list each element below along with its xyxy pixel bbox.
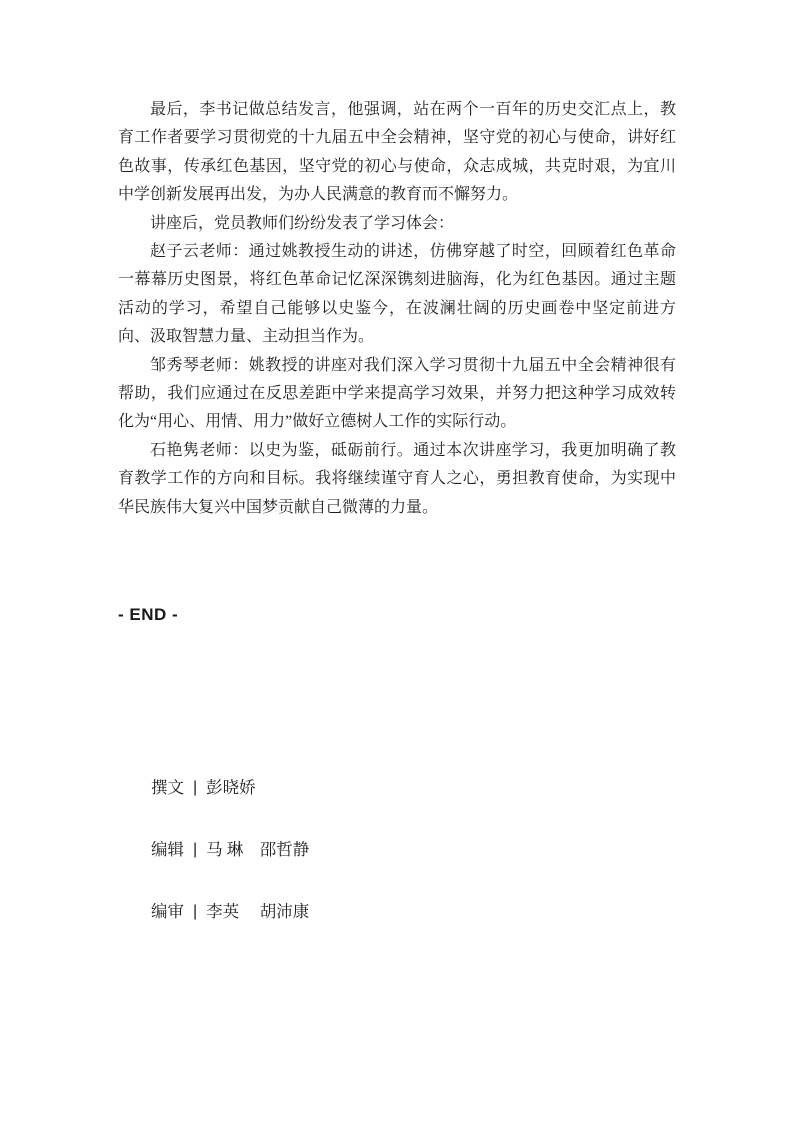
paragraph-summary-speech: 最后，李书记做总结发言，他强调，站在两个一百年的历史交汇点上，教育工作者要学习贯… (118, 96, 676, 210)
credit-separator: | (193, 778, 197, 798)
credit-names: 李英 胡沛康 (206, 902, 309, 921)
article-body: 最后，李书记做总结发言，他强调，站在两个一百年的历史交汇点上，教育工作者要学习贯… (118, 96, 676, 902)
credit-row-writer: 撰文|彭晓娇 (118, 758, 676, 778)
credit-names: 彭晓娇 (206, 778, 256, 797)
paragraph-teacher-shi: 石艳隽老师：以史为鉴，砥砺前行。通过本次讲座学习，我更加明确了教育教学工作的方向… (118, 437, 676, 522)
document-page: 最后，李书记做总结发言，他强调，站在两个一百年的历史交汇点上，教育工作者要学习贯… (0, 0, 793, 1122)
paragraph-teacher-zou: 邹秀琴老师：姚教授的讲座对我们深入学习贯彻十九届五中全会精神很有帮助，我们应通过… (118, 352, 676, 437)
credits-block: 撰文|彭晓娇 编辑|马 琳 邵哲静 编审|李英 胡沛康 (118, 758, 676, 902)
paragraph-teacher-zhao: 赵子云老师：通过姚教授生动的讲述，仿佛穿越了时空，回顾着红色革命一幕幕历史图景，… (118, 238, 676, 352)
credit-role: 撰文 (151, 778, 184, 797)
credit-role: 编辑 (151, 840, 184, 859)
paragraph-lead-in: 讲座后，党员教师们纷纷发表了学习体会： (118, 210, 676, 238)
credit-separator: | (193, 840, 197, 860)
credit-names: 马 琳 邵哲静 (206, 840, 309, 859)
end-marker: - END - (118, 605, 676, 625)
credit-role: 编审 (151, 902, 184, 921)
credit-row-editor: 编辑|马 琳 邵哲静 (118, 820, 676, 840)
credit-row-reviewer: 编审|李英 胡沛康 (118, 882, 676, 902)
credit-separator: | (193, 902, 197, 922)
